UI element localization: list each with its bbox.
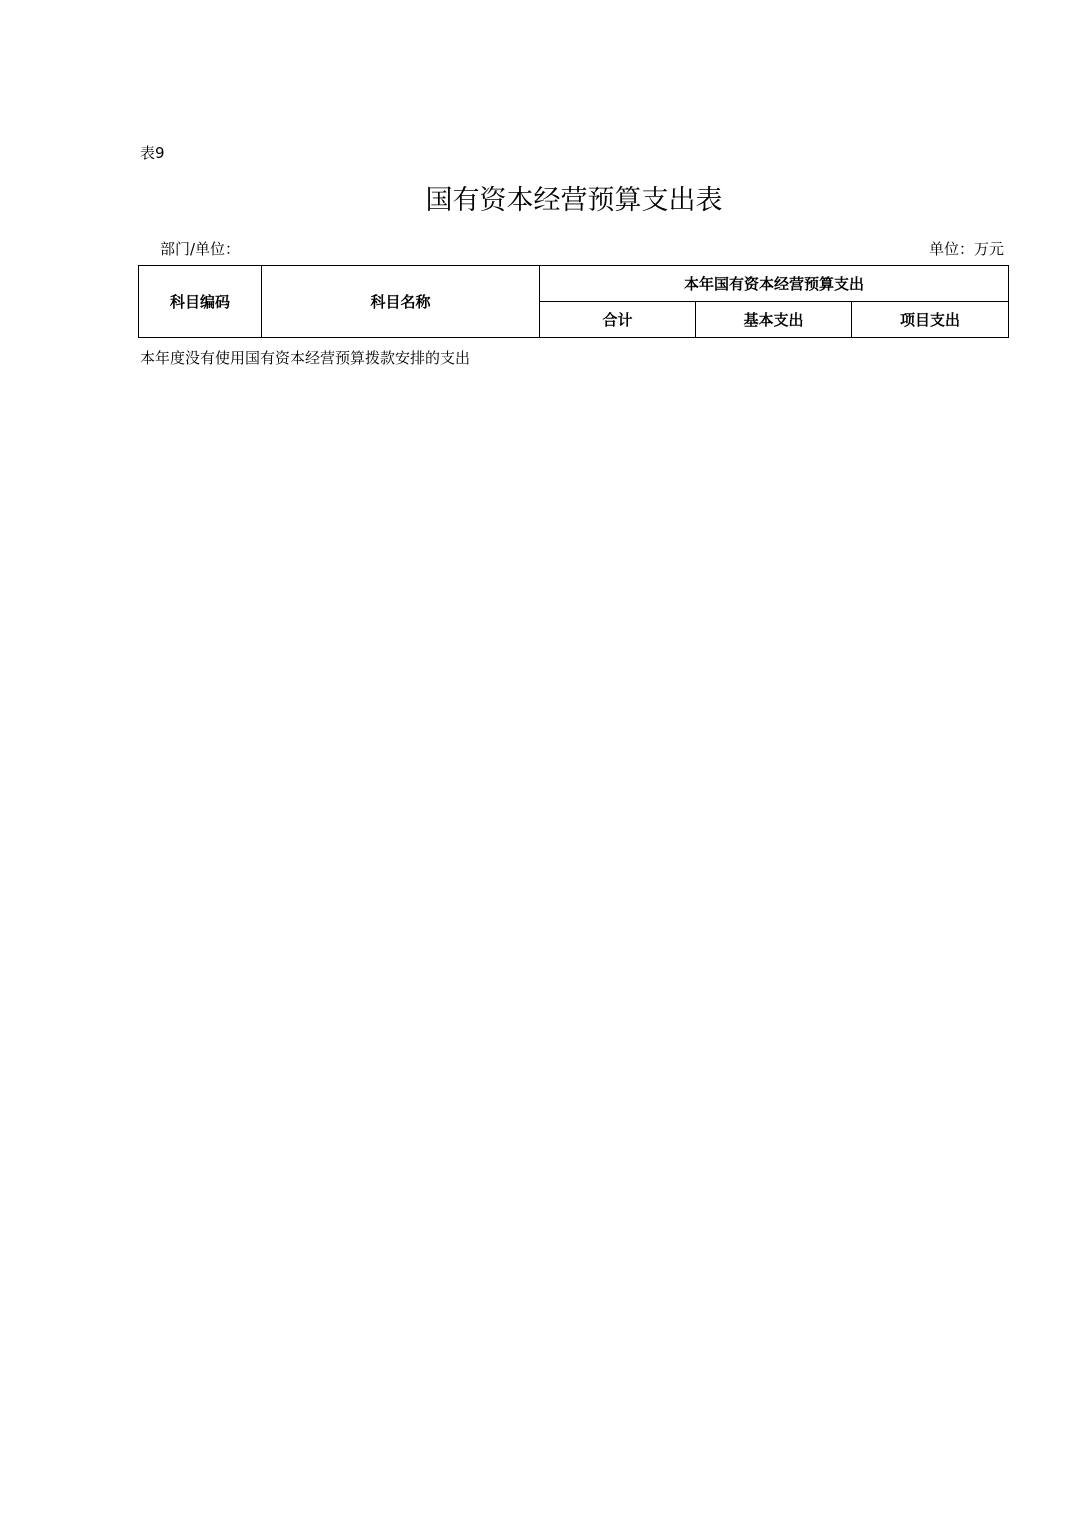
table-note: 本年度没有使用国有资本经营预算拨款安排的支出 <box>140 348 470 368</box>
header-project-expenditure: 项目支出 <box>852 302 1009 338</box>
header-basic-expenditure: 基本支出 <box>696 302 852 338</box>
department-label: 部门/单位： <box>160 239 240 259</box>
header-subject-code: 科目编码 <box>139 266 262 338</box>
table-number: 表9 <box>140 143 165 163</box>
budget-expenditure-table: 科目编码 科目名称 本年国有资本经营预算支出 合计 基本支出 项目支出 <box>138 265 1009 338</box>
header-current-year-expenditure: 本年国有资本经营预算支出 <box>540 266 1009 302</box>
header-subject-name: 科目名称 <box>262 266 540 338</box>
header-total: 合计 <box>540 302 696 338</box>
table-header-row: 科目编码 科目名称 本年国有资本经营预算支出 <box>139 266 1009 302</box>
page-title: 国有资本经营预算支出表 <box>0 181 1074 221</box>
unit-label: 单位：万元 <box>929 239 1004 259</box>
